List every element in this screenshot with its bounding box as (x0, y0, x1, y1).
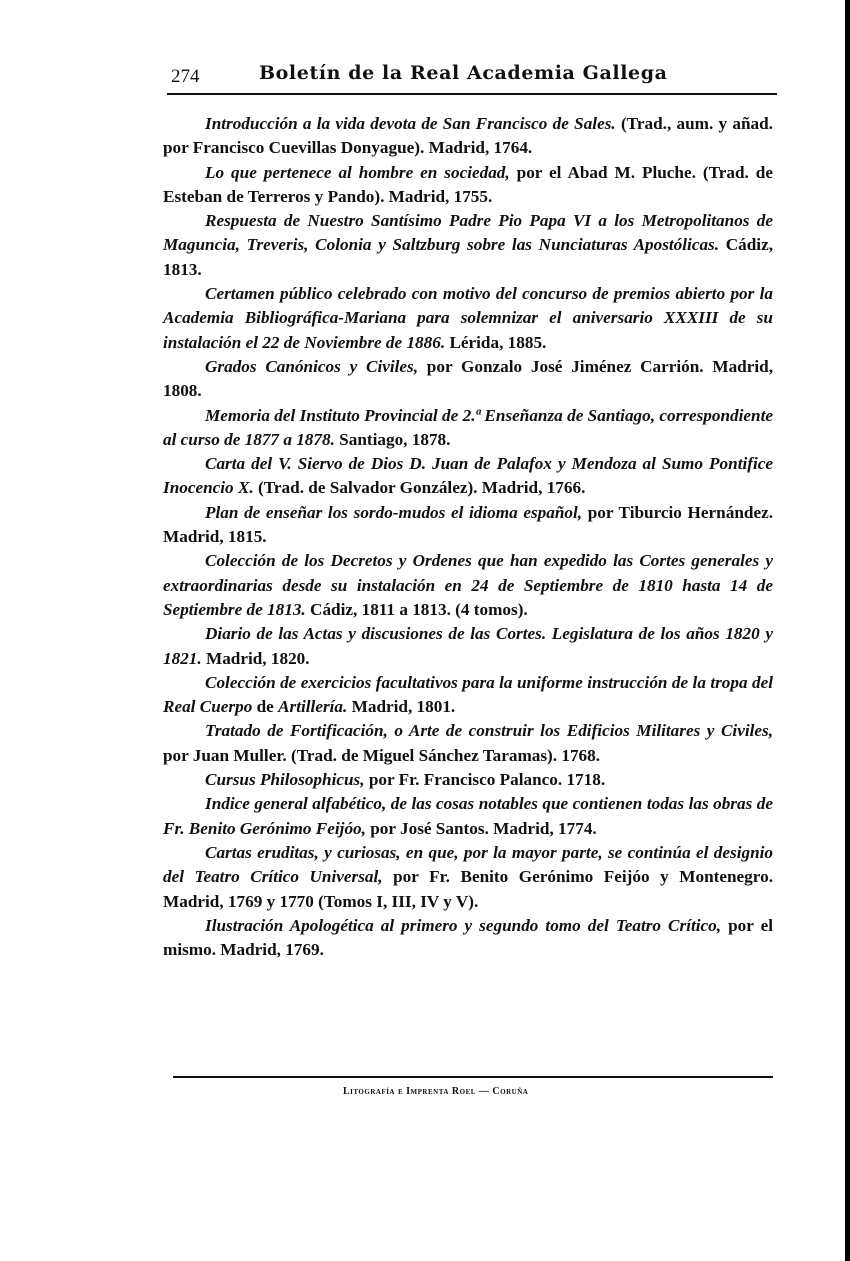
entry-title-continued: Artillería. (278, 697, 347, 716)
bibliography-entry: Memoria del Instituto Provincial de 2.ª … (163, 404, 773, 453)
journal-title: Boletín de la Real Academia Gallega (259, 62, 668, 84)
entry-details-continued: Madrid, 1801. (347, 697, 455, 716)
footer-rule (173, 1076, 773, 1078)
entry-details: Madrid, 1820. (202, 649, 310, 668)
header-rule (167, 93, 777, 95)
bibliography-entry: Lo que pertenece al hombre en sociedad, … (163, 161, 773, 210)
bibliography-list: Introducción a la vida devota de San Fra… (163, 112, 773, 962)
bibliography-entry: Colección de los Decretos y Ordenes que … (163, 549, 773, 622)
bibliography-entry: Plan de enseñar los sordo-mudos el idiom… (163, 501, 773, 550)
bibliography-entry: Cartas eruditas, y curiosas, en que, por… (163, 841, 773, 914)
entry-details: por Fr. Francisco Palanco. 1718. (365, 770, 606, 789)
entry-title: Introducción a la vida devota de San Fra… (205, 114, 616, 133)
entry-title: Grados Canónicos y Civiles, (205, 357, 418, 376)
bibliography-entry: Grados Canónicos y Civiles, por Gonzalo … (163, 355, 773, 404)
entry-title: Ilustración Apologética al primero y seg… (205, 916, 721, 935)
bibliography-entry: Ilustración Apologética al primero y seg… (163, 914, 773, 963)
entry-details: Santiago, 1878. (335, 430, 451, 449)
entry-details: de (252, 697, 278, 716)
bibliography-entry: Respuesta de Nuestro Santísimo Padre Pio… (163, 209, 773, 282)
entry-title: Memoria del Instituto Provincial de 2.ª … (163, 406, 773, 449)
page-number: 274 (171, 66, 200, 88)
bibliography-entry: Cursus Philosophicus, por Fr. Francisco … (163, 768, 773, 792)
printer-imprint: Litografía e Imprenta Roel — Coruña (343, 1086, 528, 1097)
entry-title: Respuesta de Nuestro Santísimo Padre Pio… (163, 211, 773, 254)
bibliography-entry: Colección de exercicios facultativos par… (163, 671, 773, 720)
scan-edge-shadow (845, 0, 850, 1261)
bibliography-entry: Certamen público celebrado con motivo de… (163, 282, 773, 355)
entry-title: Lo que pertenece al hombre en sociedad, (205, 163, 510, 182)
bibliography-entry: Carta del V. Siervo de Dios D. Juan de P… (163, 452, 773, 501)
bibliography-entry: Tratado de Fortificación, o Arte de cons… (163, 719, 773, 768)
entry-details: Cádiz, 1811 a 1813. (4 tomos). (306, 600, 528, 619)
entry-title: Cursus Philosophicus, (205, 770, 365, 789)
bibliography-entry: Introducción a la vida devota de San Fra… (163, 112, 773, 161)
entry-title: Plan de enseñar los sordo-mudos el idiom… (205, 503, 582, 522)
entry-details: (Trad. de Salvador González). Madrid, 17… (254, 478, 586, 497)
running-head: 274 Boletín de la Real Academia Gallega (163, 60, 773, 90)
entry-details: por José Santos. Madrid, 1774. (366, 819, 597, 838)
bibliography-entry: Indice general alfabético, de las cosas … (163, 792, 773, 841)
entry-title: Tratado de Fortificación, o Arte de cons… (205, 721, 773, 740)
entry-details: por Juan Muller. (Trad. de Miguel Sánche… (163, 746, 600, 765)
entry-details: Lérida, 1885. (445, 333, 546, 352)
bibliography-entry: Diario de las Actas y discusiones de las… (163, 622, 773, 671)
